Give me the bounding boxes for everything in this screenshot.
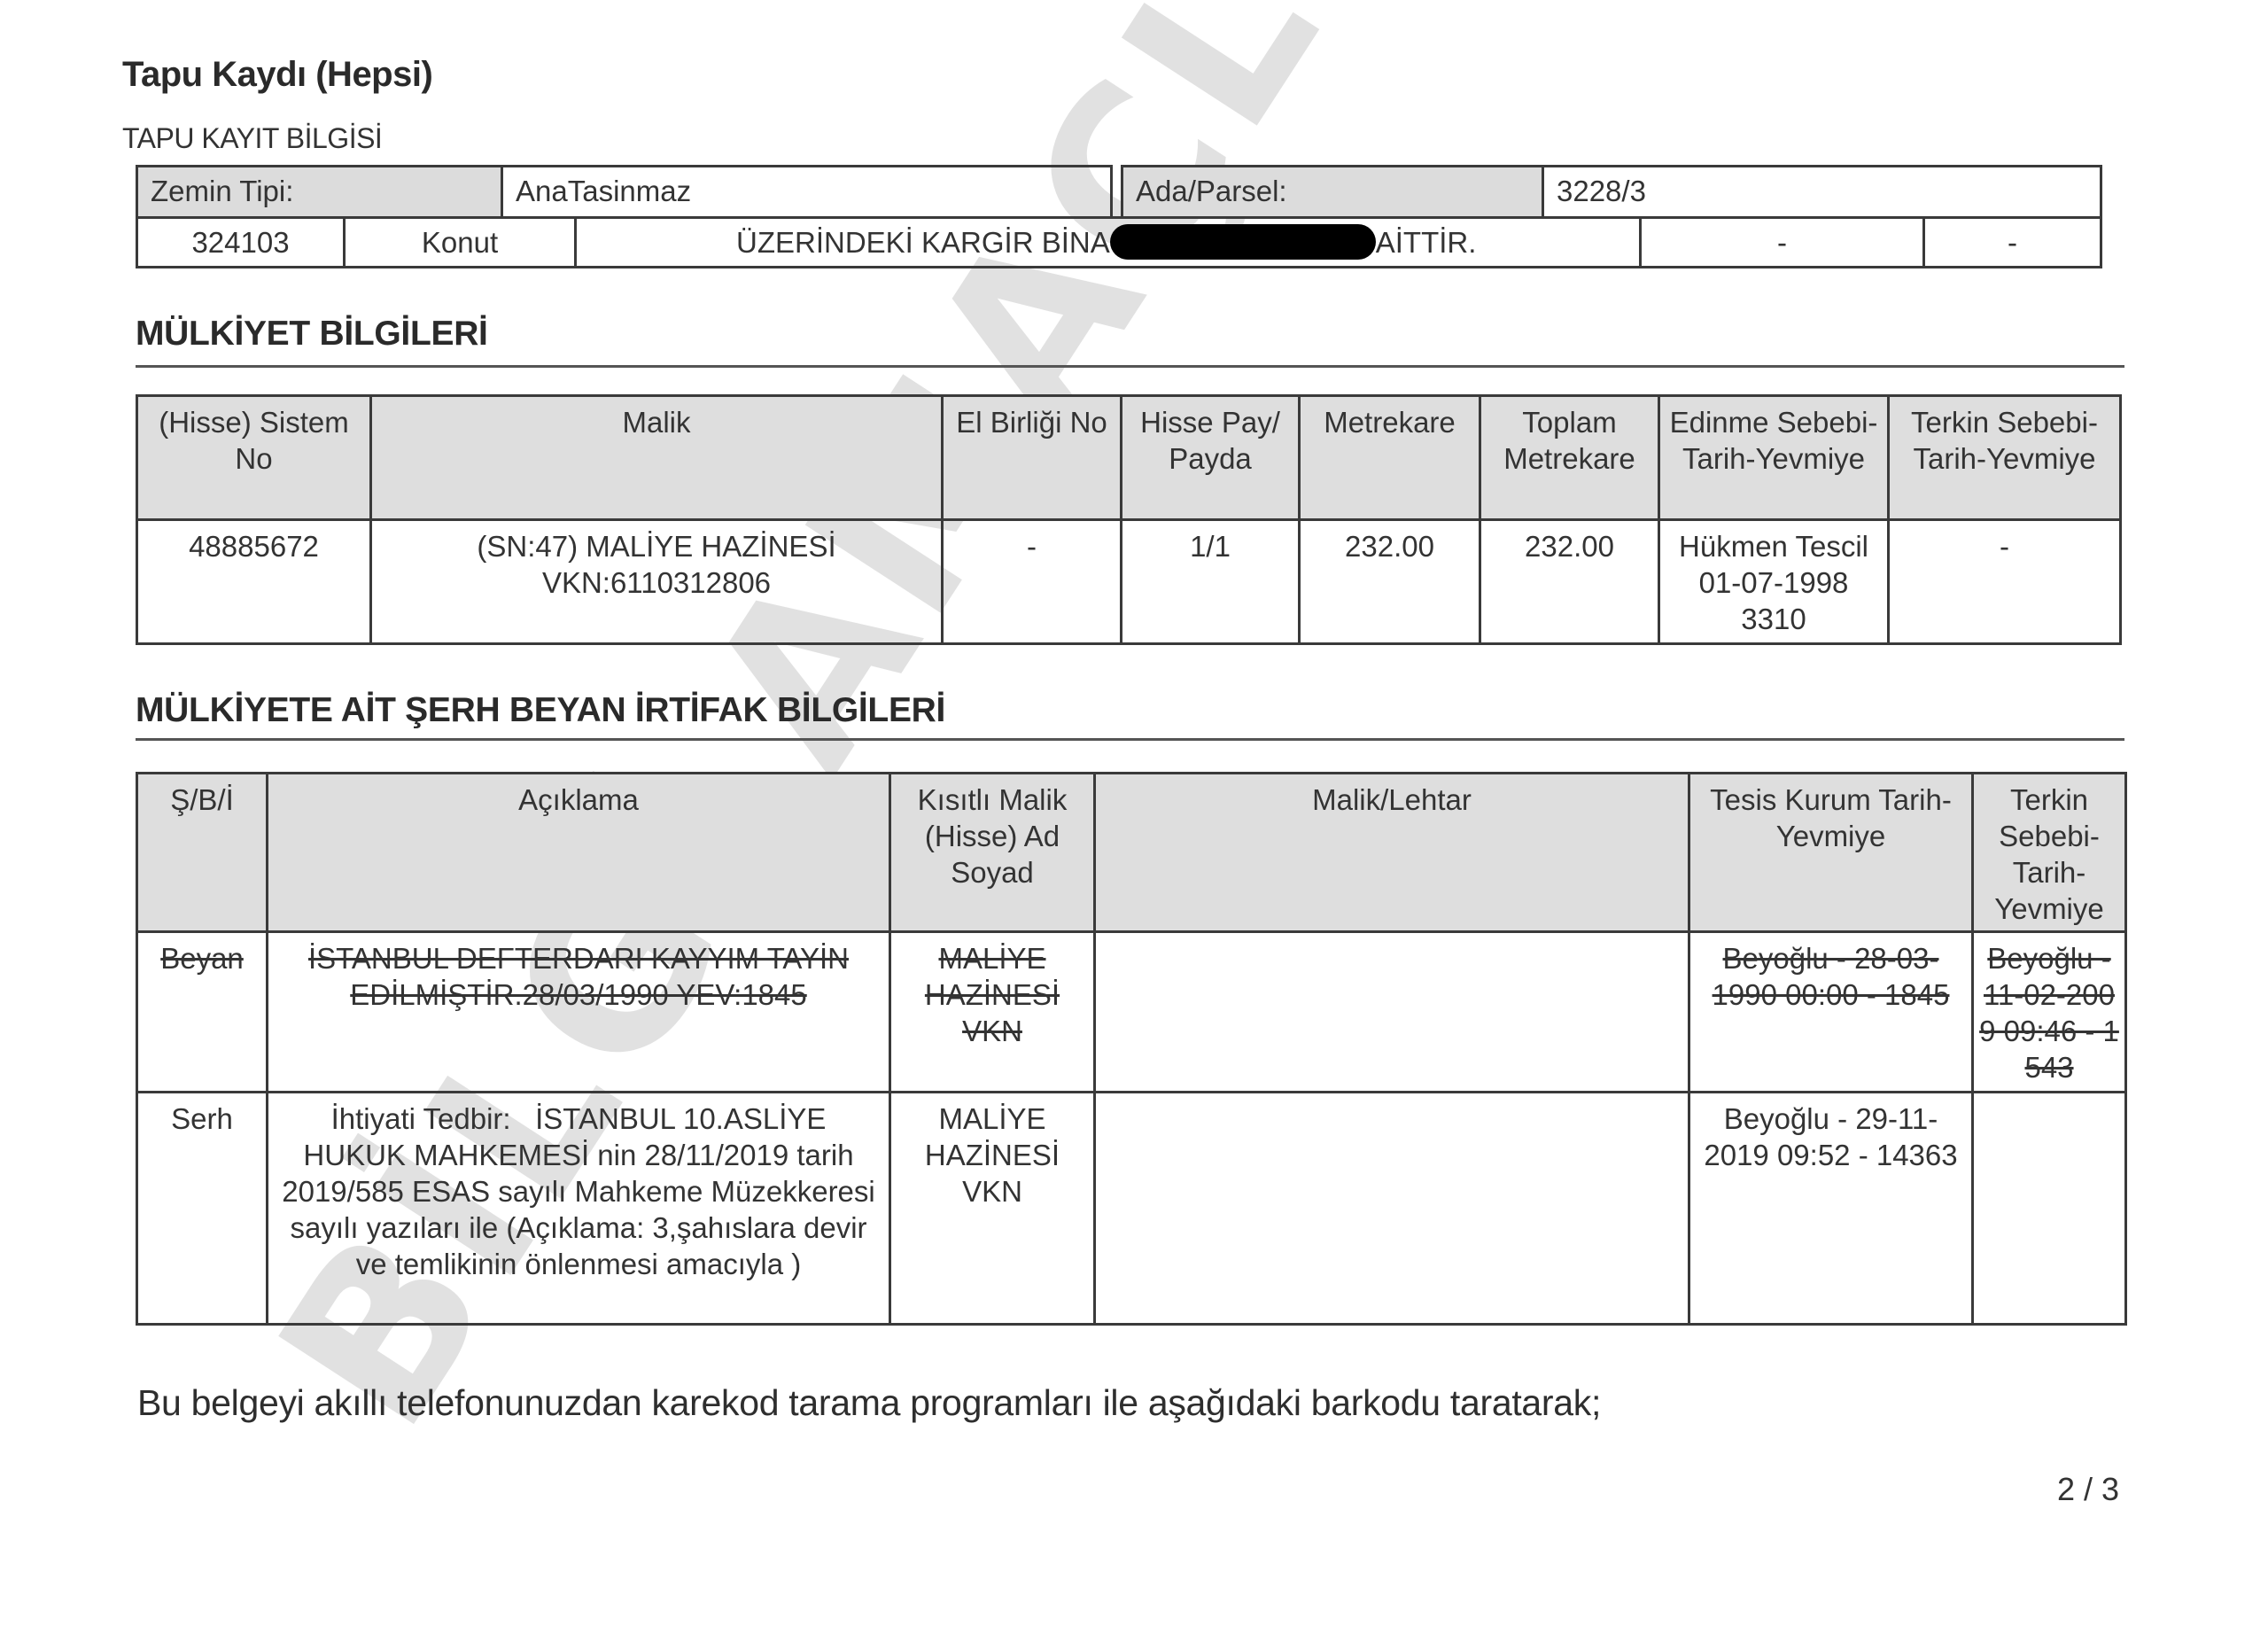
- edinme-sebebi: Hükmen Tescil: [1666, 528, 1882, 564]
- serh-aciklama: İSTANBUL DEFTERDARI KAYYIM TAYİN EDİLMİŞ…: [268, 932, 890, 1093]
- page-title: Tapu Kaydı (Hepsi): [122, 55, 432, 95]
- edinme: Hükmen Tescil 01-07-1998 3310: [1659, 520, 1889, 644]
- redaction-block: [1110, 224, 1376, 260]
- col-header: Toplam Metrekare: [1480, 396, 1659, 520]
- section-divider: [136, 365, 2124, 368]
- col-header: Ş/B/İ: [137, 774, 268, 932]
- col-header: Metrekare: [1300, 396, 1480, 520]
- metrekare: 232.00: [1300, 520, 1480, 644]
- zemin-tipi-label: Zemin Tipi:: [137, 167, 502, 218]
- serh-beyan-table: Ş/B/İ Açıklama Kısıtlı Malik (Hisse) Ad …: [136, 772, 2127, 1326]
- col-header: Tesis Kurum Tarih-Yevmiye: [1689, 774, 1973, 932]
- malik: (SN:47) MALİYE HAZİNESİ VKN:6110312806: [371, 520, 943, 644]
- table-row: Serh İhtiyati Tedbir: İSTANBUL 10.ASLİYE…: [137, 1093, 2126, 1325]
- tapu-col4: -: [1641, 218, 1924, 268]
- serh-malik-lehtar: [1095, 932, 1689, 1093]
- sistem-no: 48885672: [137, 520, 371, 644]
- mulkiyet-table: (Hisse) Sistem No Malik El Birliği No Hi…: [136, 394, 2122, 645]
- serh-tesis: Beyoğlu - 28-03-1990 00:00 - 1845: [1689, 932, 1973, 1093]
- page-number: 2 / 3: [2057, 1471, 2119, 1508]
- tapu-no: 324103: [137, 218, 345, 268]
- col-header: Edinme Sebebi-Tarih-Yevmiye: [1659, 396, 1889, 520]
- serh-kisitli-malik: MALİYE HAZİNESİ VKN: [890, 1093, 1095, 1325]
- zemin-tipi-box: Zemin Tipi: AnaTasinmaz: [136, 165, 1113, 219]
- ada-parsel-box: Ada/Parsel: 3228/3: [1121, 165, 2102, 219]
- section-title-mulkiyet: MÜLKİYET BİLGİLERİ: [136, 315, 488, 354]
- qr-instruction-text: Bu belgeyi akıllı telefonunuzdan karekod…: [137, 1382, 1601, 1424]
- ada-parsel-label: Ada/Parsel:: [1122, 167, 1543, 218]
- serh-kisitli-malik: MALİYE HAZİNESİ VKN: [890, 932, 1095, 1093]
- el-birligi-no: -: [943, 520, 1122, 644]
- hisse-pay-payda: 1/1: [1122, 520, 1300, 644]
- col-header: Kısıtlı Malik (Hisse) Ad Soyad: [890, 774, 1095, 932]
- malik-name: (SN:47) MALİYE HAZİNESİ: [377, 528, 936, 564]
- col-header: Hisse Pay/ Payda: [1122, 396, 1300, 520]
- serh-malik-lehtar: [1095, 1093, 1689, 1325]
- table-row: 48885672 (SN:47) MALİYE HAZİNESİ VKN:611…: [137, 520, 2121, 644]
- tapu-detail-row: 324103 Konut ÜZERİNDEKİ KARGİR BİNAAİTTİ…: [136, 216, 2102, 268]
- serh-type: Beyan: [137, 932, 268, 1093]
- col-header: Malik/Lehtar: [1095, 774, 1689, 932]
- col-header: (Hisse) Sistem No: [137, 396, 371, 520]
- tapu-aciklama-after: AİTTİR.: [1376, 226, 1477, 259]
- section-title-serh-beyan: MÜLKİYETE AİT ŞERH BEYAN İRTİFAK BİLGİLE…: [136, 691, 945, 730]
- edinme-tarih: 01-07-1998: [1666, 564, 1882, 601]
- edinme-yevmiye: 3310: [1666, 601, 1882, 637]
- col-header: Açıklama: [268, 774, 890, 932]
- col-header: Terkin Sebebi-Tarih-Yevmiye: [1973, 774, 2126, 932]
- section-divider: [136, 738, 2124, 741]
- ada-parsel-value: 3228/3: [1543, 167, 2101, 218]
- serh-terkin: [1973, 1093, 2126, 1325]
- serh-terkin: Beyoğlu - 11-02-2009 09:46 - 1543: [1973, 932, 2126, 1093]
- table-row: Beyan İSTANBUL DEFTERDARI KAYYIM TAYİN E…: [137, 932, 2126, 1093]
- terkin: -: [1889, 520, 2121, 644]
- col-header: Malik: [371, 396, 943, 520]
- serh-tesis: Beyoğlu - 29-11-2019 09:52 - 14363: [1689, 1093, 1973, 1325]
- col-header: Terkin Sebebi-Tarih-Yevmiye: [1889, 396, 2121, 520]
- malik-vkn: VKN:6110312806: [377, 564, 936, 601]
- section-subtitle-tapu-kayit: TAPU KAYIT BİLGİSİ: [122, 122, 382, 155]
- tapu-aciklama: ÜZERİNDEKİ KARGİR BİNAAİTTİR.: [576, 218, 1641, 268]
- col-header: El Birliği No: [943, 396, 1122, 520]
- tapu-aciklama-before: ÜZERİNDEKİ KARGİR BİNA: [736, 226, 1110, 259]
- tapu-nitelik: Konut: [345, 218, 576, 268]
- serh-aciklama: İhtiyati Tedbir: İSTANBUL 10.ASLİYE HUKU…: [268, 1093, 890, 1325]
- toplam-metrekare: 232.00: [1480, 520, 1659, 644]
- serh-type: Serh: [137, 1093, 268, 1325]
- zemin-tipi-value: AnaTasinmaz: [502, 167, 1112, 218]
- tapu-col5: -: [1924, 218, 2101, 268]
